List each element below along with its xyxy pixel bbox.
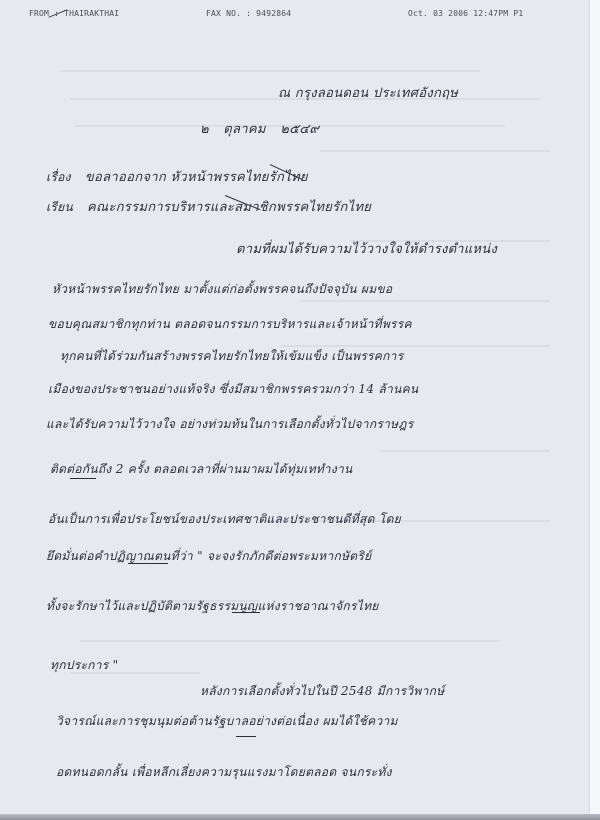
subject-text: ขอลาออกจาก หัวหน้าพรรคไทยรักไทย: [85, 170, 308, 185]
body-line: และได้รับความไว้วางใจ อย่างท่วมท้นในการเ…: [46, 415, 413, 434]
body-line: อดทนอดกลั้น เพื่อหลีกเลี่ยงความรุนแรงมาโ…: [56, 763, 392, 782]
ghost-line: [300, 300, 550, 302]
body-line: ทุกประการ ": [50, 656, 118, 675]
fax-number: FAX NO. : 9492864: [206, 9, 291, 18]
handwritten-underline: [232, 612, 260, 613]
handwritten-underline: [236, 736, 256, 737]
ghost-line: [80, 640, 500, 642]
body-line: ตามที่ผมได้รับความไว้วางใจให้ดำรงตำแหน่ง: [236, 238, 497, 259]
body-line: เมืองของประชาชนอย่างแท้จริง ซึ่งมีสมาชิก…: [48, 380, 418, 399]
body-line: อันเป็นการเพื่อประโยชน์ของประเทศชาติและป…: [48, 510, 401, 529]
to-label: เรียน: [46, 200, 73, 214]
letter-date: ๒ ตุลาคม ๒๕๔๙: [200, 118, 319, 139]
scan-right-edge: [589, 0, 600, 820]
body-line: วิจารณ์และการชุมนุมต่อต้านรัฐบาลอย่างต่อ…: [56, 712, 398, 731]
ghost-line: [320, 150, 550, 152]
body-line: ติดต่อกันถึง 2 ครั้ง ตลอดเวลาที่ผ่านมาผม…: [50, 460, 353, 479]
to-text: คณะกรรมการบริหารและสมาชิกพรรคไทยรักไทย: [87, 200, 371, 215]
body-line: ขอบคุณสมาชิกทุกท่าน ตลอดจนกรรมการบริหารแ…: [48, 315, 412, 334]
fax-from: FROM : THAIRAKTHAI: [29, 9, 119, 18]
handwritten-underline: [70, 478, 96, 479]
scan-bottom-edge: [0, 814, 600, 820]
ghost-line: [60, 70, 480, 72]
letter-location: ณ กรุงลอนดอน ประเทศอังกฤษ: [278, 82, 458, 103]
body-line: ทุกคนที่ได้ร่วมกันสร้างพรรคไทยรักไทยให้เ…: [60, 347, 403, 366]
ghost-line: [380, 450, 550, 452]
subject-label: เรื่อง: [46, 170, 71, 184]
fax-datetime-page: Oct. 03 2006 12:47PM P1: [408, 9, 523, 18]
fax-header: FROM : THAIRAKTHAI FAX NO. : 9492864 Oct…: [0, 9, 590, 23]
handwritten-underline: [128, 563, 168, 564]
fax-page: FROM : THAIRAKTHAI FAX NO. : 9492864 Oct…: [0, 0, 600, 820]
letter-subject-line: เรื่องขอลาออกจาก หัวหน้าพรรคไทยรักไทย: [46, 166, 308, 187]
body-line: ทั้งจะรักษาไว้และปฏิบัติตามรัฐธรรมนูญแห่…: [46, 597, 379, 616]
body-line: หลังการเลือกตั้งทั่วไปในปี 2548 มีการวิพ…: [200, 682, 444, 701]
body-line: หัวหน้าพรรคไทยรักไทย มาตั้งแต่ก่อตั้งพรร…: [52, 280, 392, 299]
body-line: ยึดมั่นต่อคำปฏิญาณตนที่ว่า " จะจงรักภักด…: [46, 547, 371, 566]
letter-to-line: เรียนคณะกรรมการบริหารและสมาชิกพรรคไทยรัก…: [46, 196, 371, 217]
